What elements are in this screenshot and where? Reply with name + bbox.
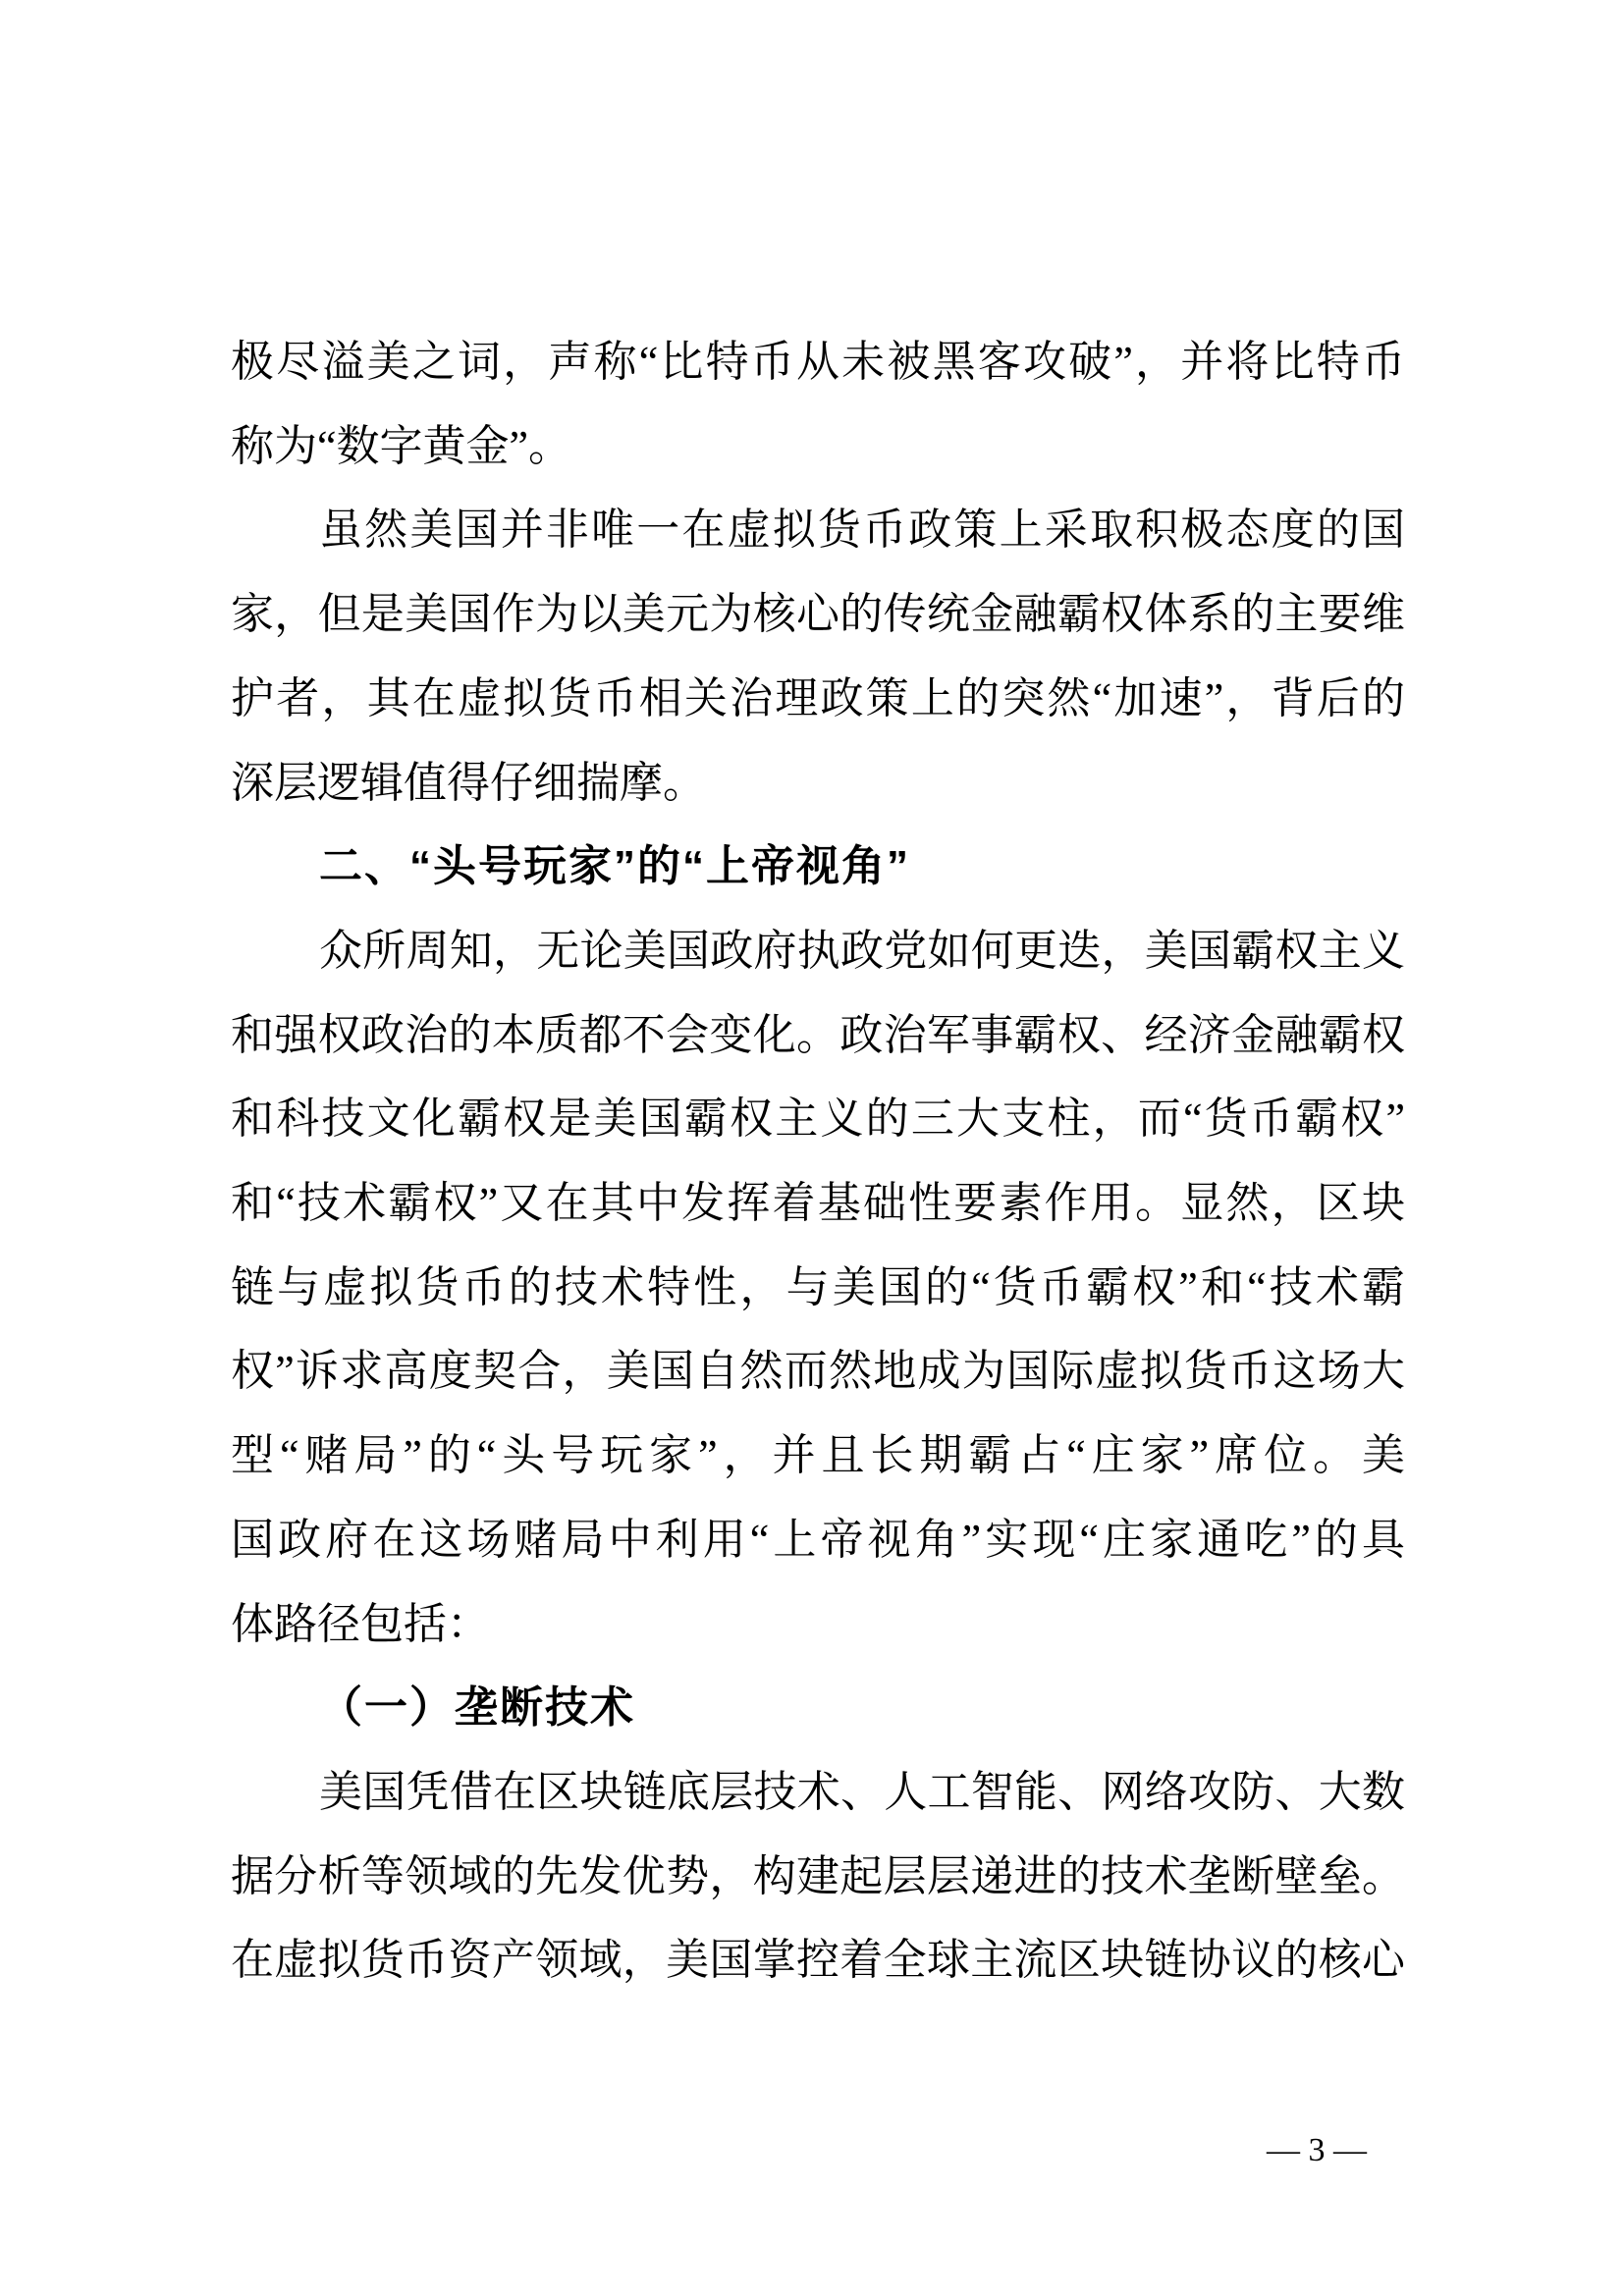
- sub-heading: （一）垄断技术: [231, 1684, 1405, 1732]
- text-line: 护者，其在虚拟货币相关治理政策上的突然“加速”，背后的: [231, 675, 1405, 722]
- text-line: 链与虚拟货币的技术特性，与美国的“货币霸权”和“技术霸: [231, 1264, 1405, 1311]
- text-line: 权”诉求高度契合，美国自然而然地成为国际虚拟货币这场大: [231, 1348, 1405, 1395]
- text-line: 家，但是美国作为以美元为核心的传统金融霸权体系的主要维: [231, 591, 1405, 638]
- text-line: 国政府在这场赌局中利用“上帝视角”实现“庄家通吃”的具: [231, 1517, 1405, 1564]
- text-line: 型“赌局”的“头号玩家”，并且长期霸占“庄家”席位。美: [231, 1432, 1405, 1479]
- text-line: 和科技文化霸权是美国霸权主义的三大支柱，而“货币霸权”: [231, 1095, 1405, 1143]
- section-heading: 二、“头号玩家”的“上帝视角”: [231, 843, 1405, 890]
- text-line: 在虚拟货币资产领域，美国掌控着全球主流区块链协议的核心: [231, 1937, 1405, 1984]
- text-line: 美国凭借在区块链底层技术、人工智能、网络攻防、大数: [231, 1769, 1405, 1816]
- text-line: 和强权政治的本质都不会变化。政治军事霸权、经济金融霸权: [231, 1012, 1405, 1059]
- document-body: 极尽溢美之词，声称“比特币从未被黑客攻破”，并将比特币称为“数字黄金”。虽然美国…: [0, 0, 1624, 2296]
- document-page: 极尽溢美之词，声称“比特币从未被黑客攻破”，并将比特币称为“数字黄金”。虽然美国…: [0, 0, 1624, 2296]
- page-number: — 3 —: [1267, 2132, 1367, 2169]
- text-line: 极尽溢美之词，声称“比特币从未被黑客攻破”，并将比特币: [231, 339, 1405, 386]
- text-line: 体路径包括：: [231, 1601, 1405, 1648]
- text-line: 称为“数字黄金”。: [231, 423, 1405, 470]
- text-line: 虽然美国并非唯一在虚拟货币政策上采取积极态度的国: [231, 507, 1405, 554]
- text-line: 众所周知，无论美国政府执政党如何更迭，美国霸权主义: [231, 928, 1405, 975]
- text-line: 和“技术霸权”又在其中发挥着基础性要素作用。显然，区块: [231, 1180, 1405, 1227]
- text-line: 深层逻辑值得仔细揣摩。: [231, 760, 1405, 807]
- text-line: 据分析等领域的先发优势，构建起层层递进的技术垄断壁垒。: [231, 1853, 1405, 1900]
